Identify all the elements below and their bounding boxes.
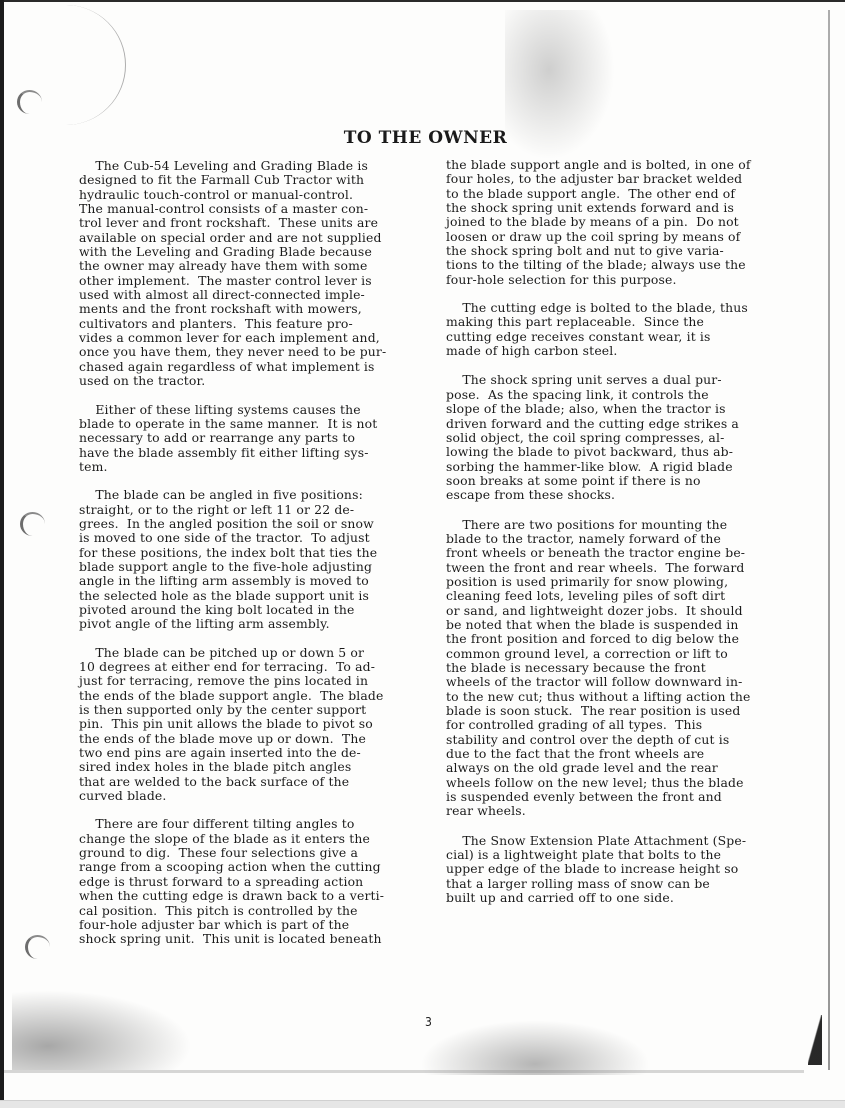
paragraph-spacer (79, 474, 424, 488)
text-line: The blade can be angled in five position… (79, 488, 424, 502)
text-line: edge is thrust forward to a spreading ac… (79, 875, 424, 889)
page-title: TO THE OWNER (0, 128, 845, 148)
text-line: four holes, to the adjuster bar bracket … (446, 172, 791, 186)
text-line: pose. As the spacing link, it controls t… (446, 388, 791, 402)
pencil-arc-mark (40, 5, 126, 125)
text-line: designed to fit the Farmall Cub Tractor … (79, 173, 424, 187)
paragraph-spacer (446, 287, 791, 301)
scan-edge-top (0, 0, 845, 2)
scan-edge-bottom (0, 1100, 845, 1108)
paragraph: The blade can be pitched up or down 5 or… (79, 646, 424, 804)
paragraph-spacer (79, 632, 424, 646)
text-line: the blade support angle and is bolted, i… (446, 158, 791, 172)
text-line: two end pins are again inserted into the… (79, 746, 424, 760)
text-line: 10 degrees at either end for terracing. … (79, 660, 424, 674)
text-line: just for terracing, remove the pins loca… (79, 674, 424, 688)
text-line: necessary to add or rearrange any parts … (79, 431, 424, 445)
text-line: shock spring unit. This unit is located … (79, 932, 424, 946)
text-line: or sand, and lightweight dozer jobs. It … (446, 604, 791, 618)
text-line: position is used primarily for snow plow… (446, 575, 791, 589)
text-line: making this part replaceable. Since the (446, 315, 791, 329)
text-line: the blade is necessary because the front (446, 661, 791, 675)
left-column: The Cub-54 Leveling and Grading Blade is… (79, 159, 424, 947)
text-line: that a larger rolling mass of snow can b… (446, 877, 791, 891)
text-line: four-hole adjuster bar which is part of … (79, 918, 424, 932)
text-line: sired index holes in the blade pitch ang… (79, 760, 424, 774)
text-line: The Snow Extension Plate Attachment (Spe… (446, 834, 791, 848)
text-line: wheels of the tractor will follow downwa… (446, 675, 791, 689)
text-line: tions to the tilting of the blade; alway… (446, 258, 791, 272)
scan-edge-left (0, 0, 4, 1108)
text-line: four-hole selection for this purpose. (446, 273, 791, 287)
text-line: to the new cut; thus without a lifting a… (446, 690, 791, 704)
text-line: straight, or to the right or left 11 or … (79, 503, 424, 517)
text-line: slope of the blade; also, when the tract… (446, 402, 791, 416)
stain-bottom-left (12, 990, 192, 1070)
text-line: The shock spring unit serves a dual pur- (446, 373, 791, 387)
text-line: pivoted around the king bolt located in … (79, 603, 424, 617)
text-line: the front position and forced to dig bel… (446, 632, 791, 646)
text-line: soon breaks at some point if there is no (446, 474, 791, 488)
text-line: cultivators and planters. This feature p… (79, 317, 424, 331)
paragraph: The Cub-54 Leveling and Grading Blade is… (79, 159, 424, 389)
text-line: change the slope of the blade as it ente… (79, 832, 424, 846)
text-line: ments and the front rockshaft with mower… (79, 302, 424, 316)
binder-hole-middle (20, 512, 45, 536)
text-line: the ends of the blade support angle. The… (79, 689, 424, 703)
text-line: angle in the lifting arm assembly is mov… (79, 574, 424, 588)
scanned-page: TO THE OWNER The Cub-54 Leveling and Gra… (0, 0, 845, 1108)
paragraph: the blade support angle and is bolted, i… (446, 158, 791, 287)
text-line: tem. (79, 460, 424, 474)
text-line: be noted that when the blade is suspende… (446, 618, 791, 632)
text-line: the shock spring bolt and nut to give va… (446, 244, 791, 258)
text-line: pin. This pin unit allows the blade to p… (79, 717, 424, 731)
text-line: have the blade assembly fit either lifti… (79, 446, 424, 460)
text-line: when the cutting edge is drawn back to a… (79, 889, 424, 903)
text-line: is then supported only by the center sup… (79, 703, 424, 717)
text-line: other implement. The master control leve… (79, 274, 424, 288)
text-line: the shock spring unit extends forward an… (446, 201, 791, 215)
text-line: The cutting edge is bolted to the blade,… (446, 301, 791, 315)
text-line: trol lever and front rockshaft. These un… (79, 216, 424, 230)
text-line: stability and control over the depth of … (446, 733, 791, 747)
torn-corner-mark (808, 1015, 822, 1065)
text-line: common ground level, a correction or lif… (446, 647, 791, 661)
text-line: the ends of the blade move up or down. T… (79, 732, 424, 746)
paragraph: The cutting edge is bolted to the blade,… (446, 301, 791, 358)
text-line: cial) is a lightweight plate that bolts … (446, 848, 791, 862)
paragraph: Either of these lifting systems causes t… (79, 403, 424, 475)
text-line: once you have them, they never need to b… (79, 345, 424, 359)
text-line: front wheels or beneath the tractor engi… (446, 546, 791, 560)
paragraph: The shock spring unit serves a dual pur-… (446, 373, 791, 502)
text-line: ground to dig. These four selections giv… (79, 846, 424, 860)
text-line: cutting edge receives constant wear, it … (446, 330, 791, 344)
paragraph-spacer (446, 819, 791, 834)
text-line: the owner may already have them with som… (79, 259, 424, 273)
text-line: to the blade support angle. The other en… (446, 187, 791, 201)
text-line: available on special order and are not s… (79, 231, 424, 245)
text-line: that are welded to the back surface of t… (79, 775, 424, 789)
paragraph-spacer (446, 358, 791, 373)
text-line: used with almost all direct-connected im… (79, 288, 424, 302)
text-line: due to the fact that the front wheels ar… (446, 747, 791, 761)
binder-hole-bottom (25, 935, 50, 959)
text-line: is moved to one side of the tractor. To … (79, 531, 424, 545)
text-line: joined to the blade by means of a pin. D… (446, 215, 791, 229)
page-edge-right (828, 10, 830, 1070)
text-line: cleaning feed lots, leveling piles of so… (446, 589, 791, 603)
text-line: tween the front and rear wheels. The for… (446, 561, 791, 575)
stain-bottom-middle (420, 1020, 650, 1075)
text-line: pivot angle of the lifting arm assembly. (79, 617, 424, 631)
text-line: the selected hole as the blade support u… (79, 589, 424, 603)
text-line: blade to the tractor, namely forward of … (446, 532, 791, 546)
text-line: used on the tractor. (79, 374, 424, 388)
paragraph-spacer (79, 803, 424, 817)
page-bottom-shadow (4, 1070, 804, 1073)
text-line: vides a common lever for each implement … (79, 331, 424, 345)
text-line: is suspended evenly between the front an… (446, 790, 791, 804)
text-line: Either of these lifting systems causes t… (79, 403, 424, 417)
text-line: chased again regardless of what implemen… (79, 360, 424, 374)
paragraph: There are four different tilting angles … (79, 817, 424, 946)
text-line: cal position. This pitch is controlled b… (79, 904, 424, 918)
text-line: grees. In the angled position the soil o… (79, 517, 424, 531)
text-line: hydraulic touch-control or manual-contro… (79, 188, 424, 202)
text-line: for these positions, the index bolt that… (79, 546, 424, 560)
text-line: blade support angle to the five-hole adj… (79, 560, 424, 574)
text-line: rear wheels. (446, 804, 791, 818)
text-line: wheels follow on the new level; thus the… (446, 776, 791, 790)
text-line: blade is soon stuck. The rear position i… (446, 704, 791, 718)
text-line: The blade can be pitched up or down 5 or (79, 646, 424, 660)
text-line: always on the old grade level and the re… (446, 761, 791, 775)
text-line: driven forward and the cutting edge stri… (446, 417, 791, 431)
text-line: There are two positions for mounting the (446, 518, 791, 532)
text-line: sorbing the hammer-like blow. A rigid bl… (446, 460, 791, 474)
page-number: 3 (425, 1015, 432, 1029)
paragraph: The Snow Extension Plate Attachment (Spe… (446, 834, 791, 906)
paragraph: There are two positions for mounting the… (446, 518, 791, 819)
text-line: for controlled grading of all types. Thi… (446, 718, 791, 732)
text-line: The Cub-54 Leveling and Grading Blade is (79, 159, 424, 173)
text-line: solid object, the coil spring compresses… (446, 431, 791, 445)
paragraph-spacer (79, 389, 424, 403)
text-line: built up and carried off to one side. (446, 891, 791, 905)
text-line: blade to operate in the same manner. It … (79, 417, 424, 431)
text-line: curved blade. (79, 789, 424, 803)
text-line: with the Leveling and Grading Blade beca… (79, 245, 424, 259)
text-line: range from a scooping action when the cu… (79, 860, 424, 874)
text-line: escape from these shocks. (446, 488, 791, 502)
right-column: the blade support angle and is bolted, i… (446, 158, 791, 906)
text-line: lowing the blade to pivot backward, thus… (446, 445, 791, 459)
paragraph: The blade can be angled in five position… (79, 488, 424, 631)
text-line: made of high carbon steel. (446, 344, 791, 358)
text-line: There are four different tilting angles … (79, 817, 424, 831)
text-line: upper edge of the blade to increase heig… (446, 862, 791, 876)
paragraph-spacer (446, 503, 791, 518)
text-line: loosen or draw up the coil spring by mea… (446, 230, 791, 244)
text-line: The manual-control consists of a master … (79, 202, 424, 216)
binder-hole-top (17, 90, 42, 114)
